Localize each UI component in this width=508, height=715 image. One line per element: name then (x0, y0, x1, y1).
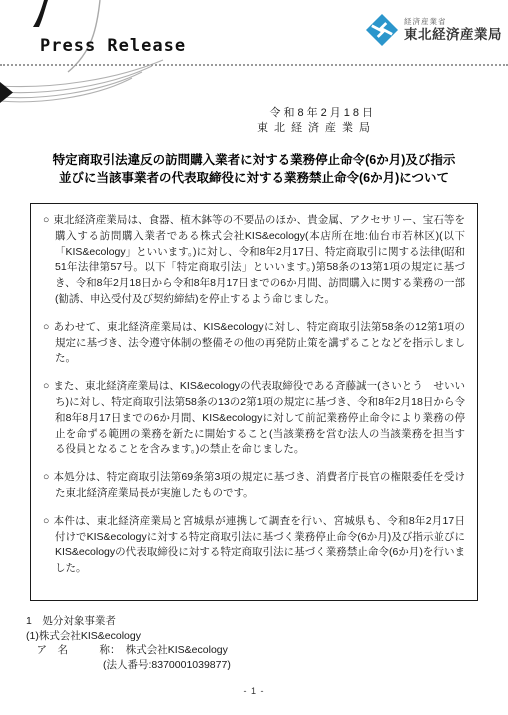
press-release-page: Press Release 経済産業省 東北経済産業局 令和8年2月18日 東北… (0, 0, 508, 715)
bureau-name: 東北経済産業局 (404, 27, 502, 43)
top-brush-mark (33, 0, 48, 27)
section-heading: 1 処分対象事業者 (26, 614, 486, 629)
bullet-circle: ○ (43, 471, 50, 483)
meti-logo: 経済産業省 東北経済産業局 (366, 14, 502, 46)
title-line-2: 並びに当該事業者の代表取締役に対する業務禁止命令(6か月)について (0, 170, 508, 188)
title-line-1: 特定商取引法違反の訪問購入業者に対する業務停止命令(6か月)及び指示 (0, 152, 508, 170)
summary-paragraph: ○また、東北経済産業局は、KIS&ecologyの代表取締役である斉藤誠一(さい… (43, 379, 465, 458)
corporate-number: (法人番号:8370001039877) (103, 658, 486, 673)
ministry-name: 経済産業省 (404, 18, 502, 27)
summary-paragraph: ○東北経済産業局は、食器、植木鉢等の不要品のほか、貴金属、アクセサリー、宝石等を… (43, 213, 465, 308)
paragraph-text: 本処分は、特定商取引法第69条第3項の規定に基づき、消費者庁長官の権限委任を受け… (54, 471, 466, 499)
meti-logo-icon (366, 14, 398, 46)
operator-item: (1)株式会社KIS&ecology (26, 629, 486, 644)
paragraph-text: 東北経済産業局は、食器、植木鉢等の不要品のほか、貴金属、アクセサリー、宝石等を購… (53, 214, 465, 305)
header-swoosh-decoration (0, 0, 230, 120)
bullet-circle: ○ (43, 214, 49, 226)
left-wedge-mark (0, 82, 13, 103)
document-meta: 令和8年2月18日 東北経済産業局 (257, 106, 376, 136)
release-date: 令和8年2月18日 (257, 106, 376, 121)
subject-operator-section: 1 処分対象事業者 (1)株式会社KIS&ecology ア 名 称： 株式会社… (26, 614, 486, 672)
press-release-banner: Press Release (40, 36, 186, 56)
bullet-circle: ○ (43, 321, 50, 333)
bullet-circle: ○ (43, 380, 49, 392)
document-title: 特定商取引法違反の訪問購入業者に対する業務停止命令(6か月)及び指示 並びに当該… (0, 152, 508, 187)
summary-paragraph: ○あわせて、東北経済産業局は、KIS&ecologyに対し、特定商取引法第58条… (43, 320, 465, 367)
logo-text-block: 経済産業省 東北経済産業局 (404, 18, 502, 42)
paragraph-text: また、東北経済産業局は、KIS&ecologyの代表取締役である斉藤誠一(さいと… (53, 380, 465, 455)
page-number: - 1 - (0, 686, 508, 696)
summary-box: ○東北経済産業局は、食器、植木鉢等の不要品のほか、貴金属、アクセサリー、宝石等を… (30, 203, 478, 601)
bullet-circle: ○ (43, 515, 50, 527)
summary-paragraph: ○本件は、東北経済産業局と宮城県が連携して調査を行い、宮城県も、令和8年2月17… (43, 514, 465, 577)
paragraph-text: 本件は、東北経済産業局と宮城県が連携して調査を行い、宮城県も、令和8年2月17日… (54, 515, 465, 574)
operator-name-row: ア 名 称： 株式会社KIS&ecology (26, 643, 486, 658)
paragraph-text: あわせて、東北経済産業局は、KIS&ecologyに対し、特定商取引法第58条の… (54, 321, 465, 365)
header-dotted-divider (0, 64, 508, 66)
issuing-bureau: 東北経済産業局 (257, 121, 376, 136)
summary-paragraph: ○本処分は、特定商取引法第69条第3項の規定に基づき、消費者庁長官の権限委任を受… (43, 470, 465, 502)
